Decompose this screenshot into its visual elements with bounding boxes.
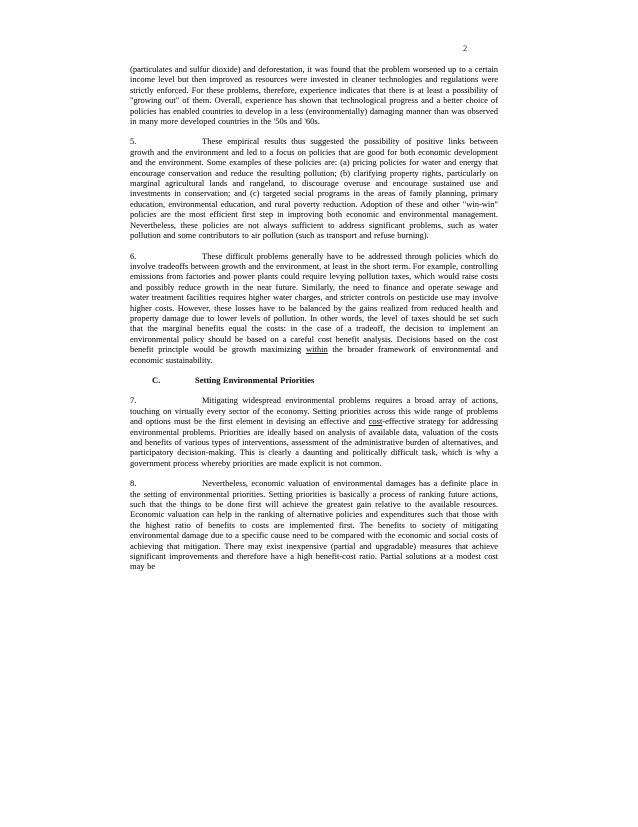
section-heading: C.Setting Environmental Priorities — [130, 375, 498, 385]
section-letter: C. — [152, 375, 160, 385]
paragraph-number: 8. — [130, 478, 136, 488]
paragraph-continuation: (particulates and sulfur dioxide) and de… — [130, 64, 498, 126]
paragraph-8: 8.Nevertheless, economic valuation of en… — [130, 478, 498, 572]
paragraph-5: 5.These empirical results thus suggested… — [130, 136, 498, 240]
paragraph-7: 7.Mitigating widespread environmental pr… — [130, 395, 498, 468]
paragraph-text: (particulates and sulfur dioxide) and de… — [130, 64, 498, 126]
scanned-document-page: 2 (particulates and sulfur dioxide) and … — [0, 0, 638, 827]
paragraph-text: These difficult problems generally have … — [130, 251, 498, 355]
underlined-word: within — [306, 344, 328, 354]
page-number: 2 — [463, 43, 467, 53]
paragraph-text: Nevertheless, economic valuation of envi… — [130, 478, 498, 571]
paragraph-text: These empirical results thus suggested t… — [130, 136, 498, 240]
paragraph-number: 6. — [130, 251, 136, 261]
paragraph-number: 7. — [130, 395, 136, 405]
underlined-word: cost — [369, 416, 383, 426]
document-body: (particulates and sulfur dioxide) and de… — [130, 64, 498, 582]
paragraph-number: 5. — [130, 136, 136, 146]
section-title: Setting Environmental Priorities — [195, 375, 314, 385]
paragraph-6: 6.These difficult problems generally hav… — [130, 251, 498, 365]
